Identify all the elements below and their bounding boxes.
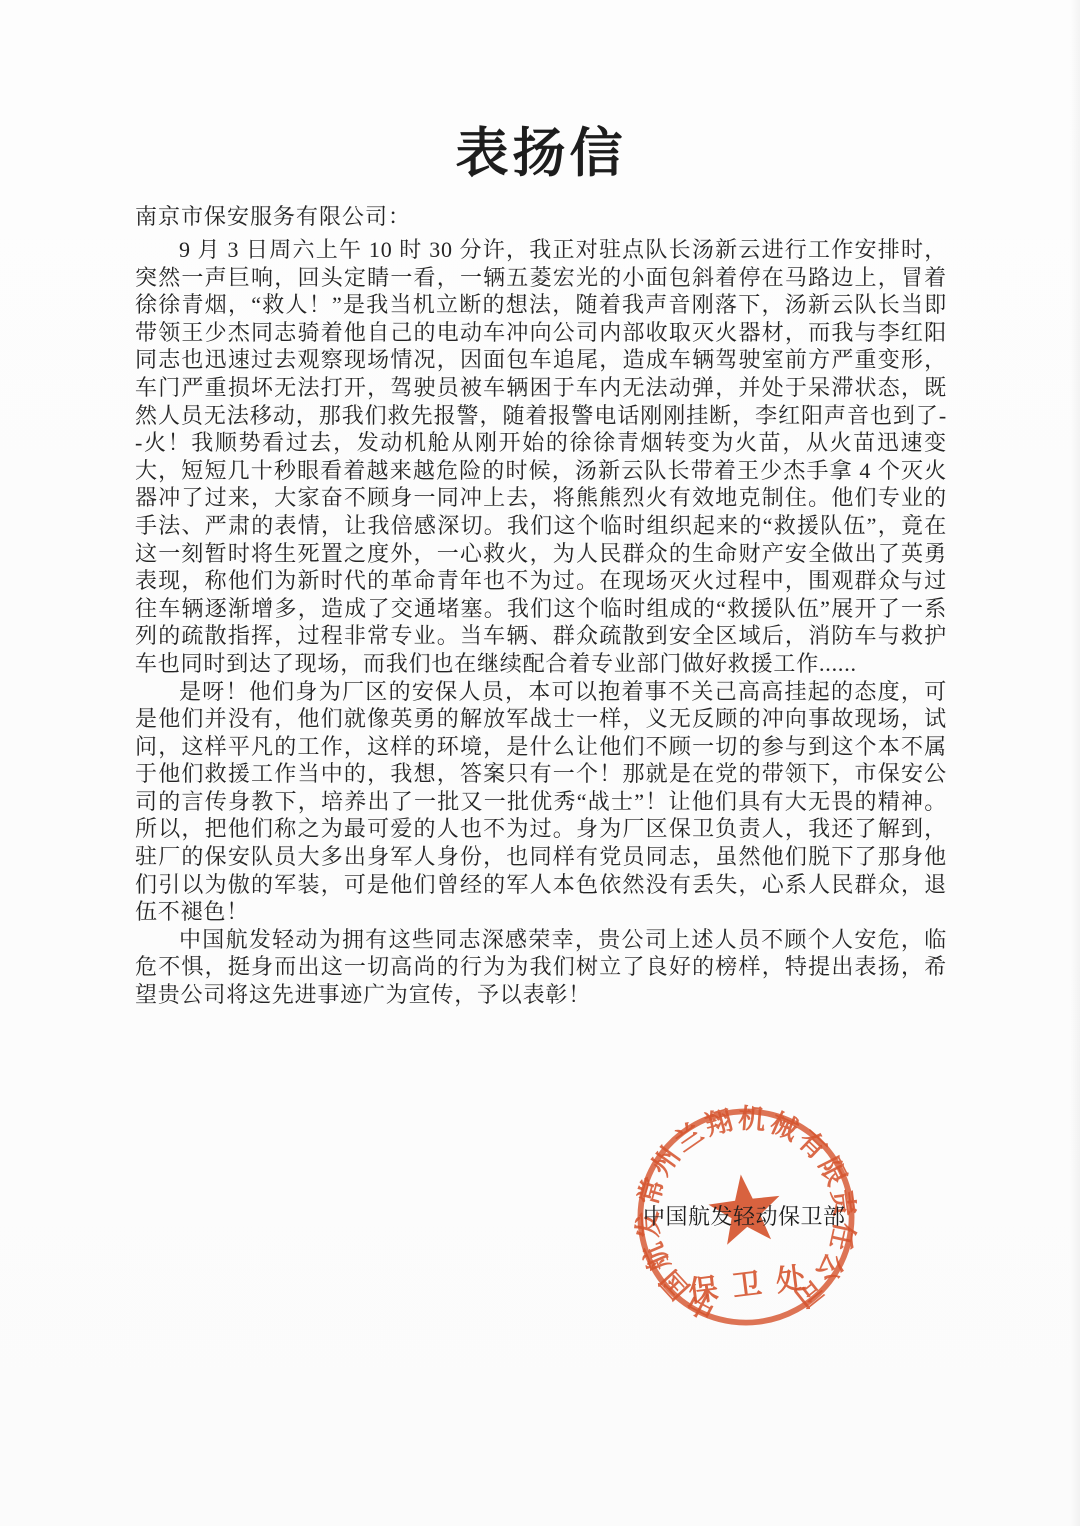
letter-body: 9 月 3 日周六上午 10 时 30 分许，我正对驻点队长汤新云进行工作安排时…: [135, 236, 947, 1009]
letter-page: 表扬信 南京市保安服务有限公司： 9 月 3 日周六上午 10 时 30 分许，…: [0, 0, 1080, 1526]
page-title: 表扬信: [135, 124, 947, 184]
signature: 中国航发轻动保卫部: [643, 1200, 846, 1231]
letter-paragraph-1: 9 月 3 日周六上午 10 时 30 分许，我正对驻点队长汤新云进行工作安排时…: [135, 236, 947, 678]
letter-paragraph-2: 是呀！他们身为厂区的安保人员，本可以抱着事不关己高高挂起的态度，可是他们并没有，…: [135, 678, 947, 926]
letter-paragraph-3: 中国航发轻动为拥有这些同志深感荣幸，贵公司上述人员不顾个人安危，临危不惧，挺身而…: [135, 926, 947, 1009]
salutation: 南京市保安服务有限公司：: [135, 202, 947, 232]
